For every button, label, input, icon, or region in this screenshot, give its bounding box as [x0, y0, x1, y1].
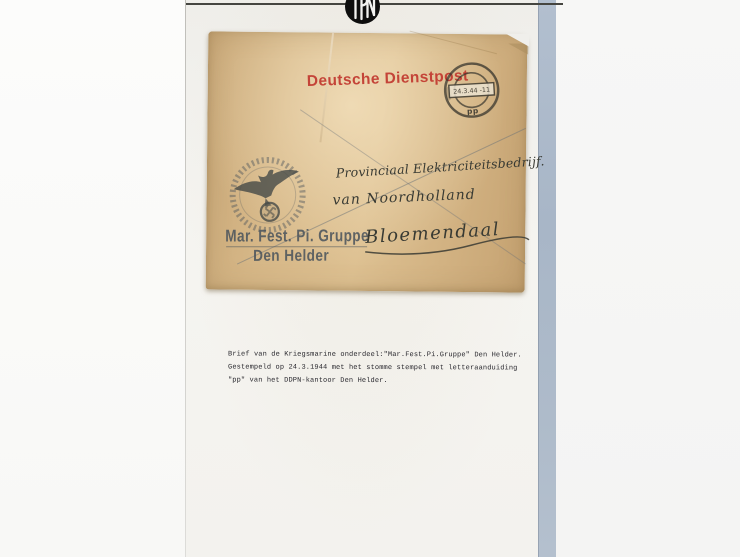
unit-cachet-line2: Den Helder	[253, 248, 329, 266]
photo-frame: Deutsche Dienstpost 24.3.44 -11 pp	[0, 0, 740, 557]
envelope: Deutsche Dienstpost 24.3.44 -11 pp	[206, 31, 528, 292]
page-edge-line	[185, 0, 186, 557]
address-underline-flourish	[361, 232, 534, 262]
mute-cancel-postmark-icon: 24.3.44 -11 pp	[438, 57, 506, 127]
caption-line3: "pp" van het DDPN-kantoor Den Helder.	[228, 375, 538, 389]
corner-fold	[505, 33, 529, 46]
monogram-logo-icon	[343, 0, 382, 26]
address-line2: van Noordholland	[332, 187, 476, 209]
caption-line2: Gestempeld op 24.3.1944 met het stomme s…	[228, 362, 538, 376]
caption-block: Brief van de Kriegsmarine onderdeel:"Mar…	[228, 348, 538, 389]
album-page-right	[556, 0, 740, 557]
page-edge-band	[538, 0, 557, 557]
album-page-left	[0, 0, 186, 557]
address-line1: Provinciaal Elektriciteitsbedrijf.	[335, 153, 545, 180]
postmark-letters: pp	[467, 106, 479, 116]
caption-line1: Brief van de Kriegsmarine onderdeel:"Mar…	[228, 348, 538, 362]
envelope-crease	[410, 31, 497, 55]
unit-cachet-line1: Mar. Fest. Pi. Gruppe	[225, 226, 369, 246]
